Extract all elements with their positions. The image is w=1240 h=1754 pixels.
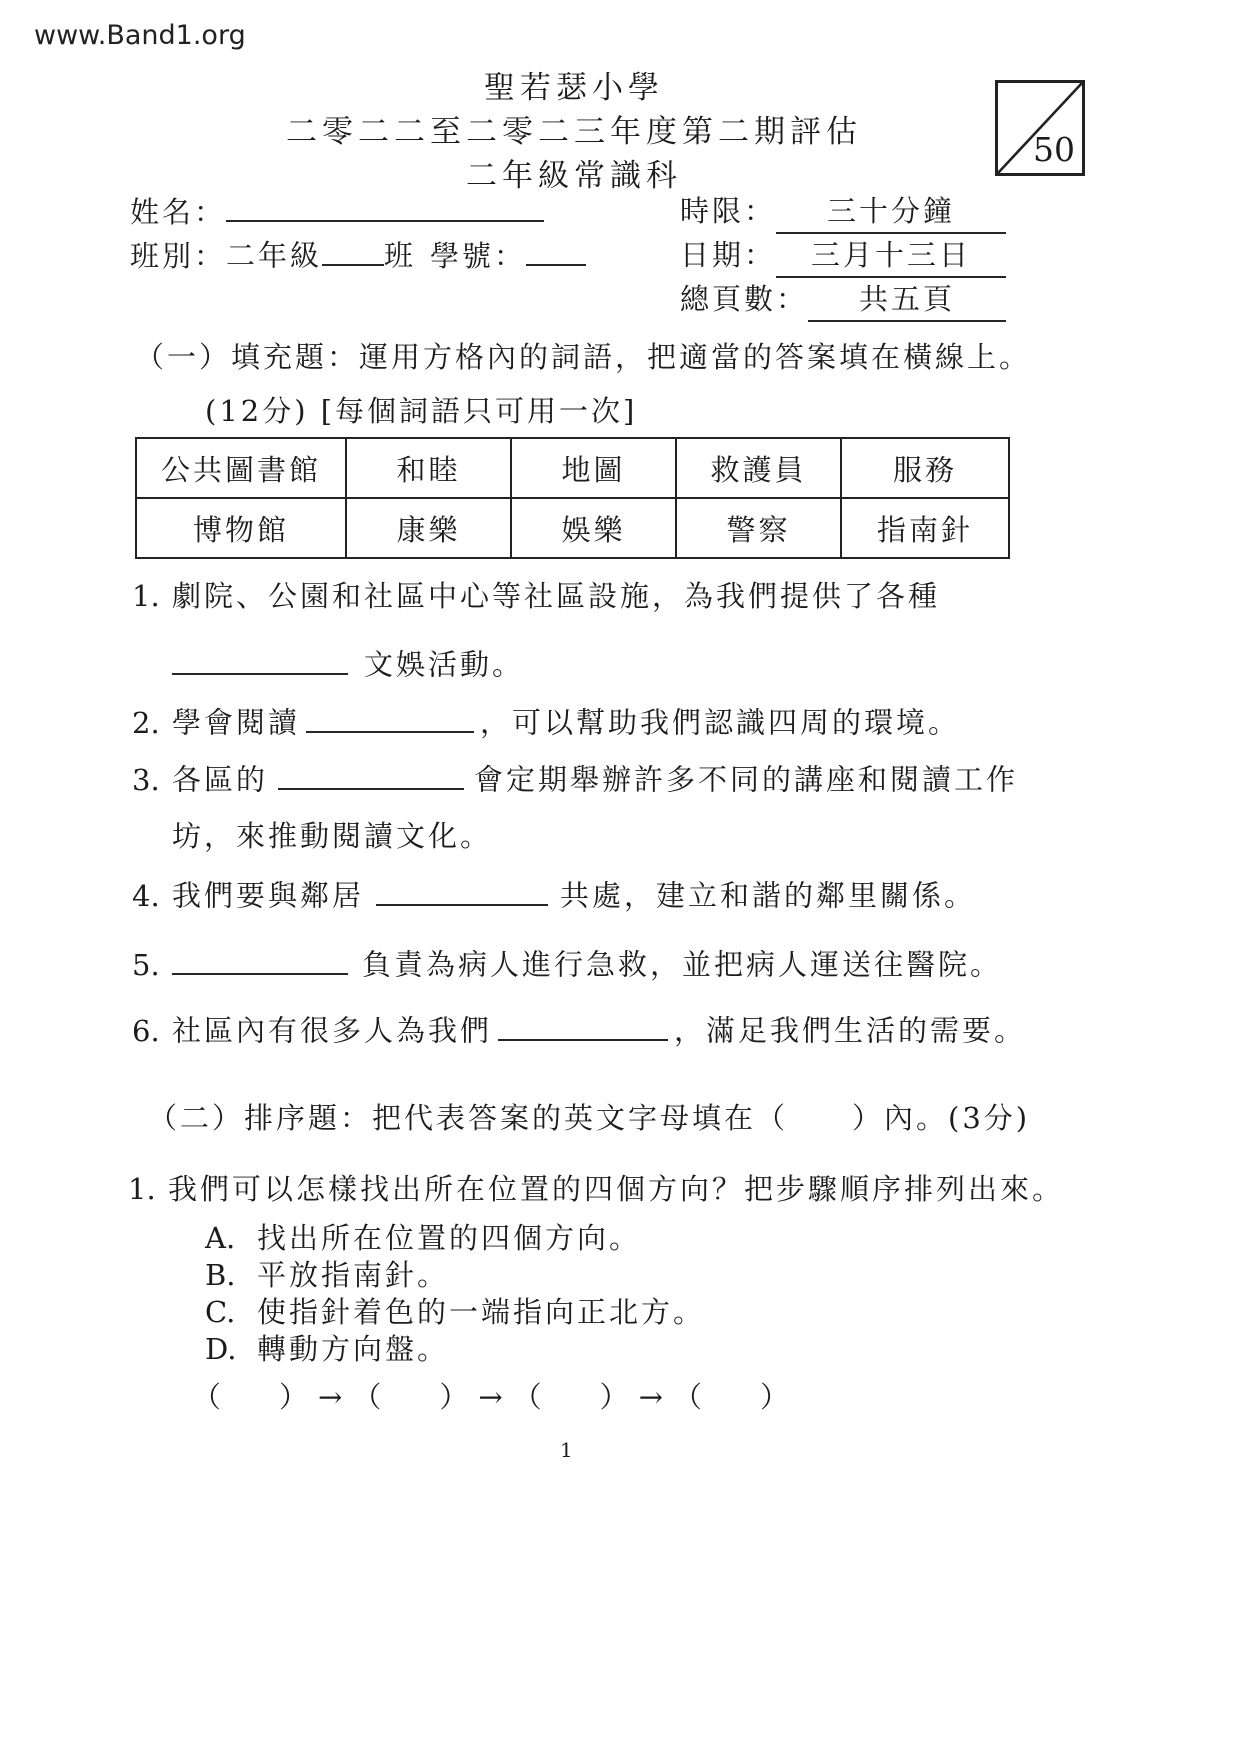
class-field: 班別：二年級班學號： [130, 236, 586, 276]
question-number: 1. [128, 1170, 168, 1209]
exam-page: www.Band1.org 50 聖若瑟小學 二零二二至二零二三年度第二期評估 … [0, 0, 1240, 1754]
name-blank [226, 192, 544, 222]
word-bank-cell: 娛樂 [511, 498, 676, 558]
question-1-line-1: 1.劇院、公園和社區中心等社區設施，為我們提供了各種 [132, 577, 940, 616]
section2-question-1: 1.我們可以怎樣找出所在位置的四個方向？把步驟順序排列出來。 [128, 1170, 1064, 1209]
question-3-line-2: 坊，來推動閱讀文化。 [172, 817, 492, 856]
option-text: 使指針着色的一端指向正北方。 [257, 1295, 705, 1329]
question-1-line-2: 文娛活動。 [172, 645, 524, 685]
student-no-label: 學號： [430, 239, 526, 273]
question-text: 文娛活動。 [364, 648, 524, 682]
question-number: 4. [132, 877, 172, 916]
question-number: 2. [132, 704, 172, 743]
word-bank-row: 公共圖書館 和睦 地圖 救護員 服務 [136, 438, 1009, 498]
section2-options: A.找出所在位置的四個方向。 B.平放指南針。 C.使指針着色的一端指向正北方。… [205, 1222, 705, 1370]
question-text: 共處，建立和諧的鄰里關係。 [560, 879, 976, 913]
class-blank [322, 236, 384, 266]
answer-slot: （ ） [352, 1378, 468, 1417]
word-bank-cell: 公共圖書館 [136, 438, 346, 498]
class-suffix: 班 [384, 239, 416, 273]
name-label: 姓名： [130, 193, 226, 232]
word-bank-cell: 和睦 [346, 438, 511, 498]
section1-heading: （一）填充題：運用方格內的詞語，把適當的答案填在橫線上。 [135, 338, 1031, 377]
option-letter: C. [205, 1296, 257, 1329]
word-bank-cell: 服務 [841, 438, 1009, 498]
answer-sequence: （ ）→（ ）→（ ）→（ ） [192, 1378, 789, 1417]
word-bank-cell: 指南針 [841, 498, 1009, 558]
word-bank-cell: 警察 [676, 498, 841, 558]
word-bank-table: 公共圖書館 和睦 地圖 救護員 服務 博物館 康樂 娛樂 警察 指南針 [135, 437, 1010, 559]
question-text: 劇院、公園和社區中心等社區設施，為我們提供了各種 [172, 579, 940, 613]
question-2: 2.學會閱讀，可以幫助我們認識四周的環境。 [132, 703, 960, 743]
question-number: 1. [132, 577, 172, 616]
title-block: 聖若瑟小學 二零二二至二零二三年度第二期評估 二年級常識科 [0, 66, 1240, 198]
answer-slot: （ ） [673, 1378, 789, 1417]
exam-title: 二零二二至二零二三年度第二期評估 [0, 110, 1148, 154]
option-c: C.使指針着色的一端指向正北方。 [205, 1296, 705, 1329]
arrow-icon: → [478, 1378, 502, 1417]
time-field: 時限：三十分鐘 [680, 192, 1006, 234]
question-4: 4.我們要與鄰居共處，建立和諧的鄰里關係。 [132, 876, 976, 916]
question-text: 會定期舉辦許多不同的講座和閱讀工作 [474, 763, 1018, 797]
word-bank-cell: 地圖 [511, 438, 676, 498]
word-bank-cell: 博物館 [136, 498, 346, 558]
question-text: 坊，來推動閱讀文化。 [172, 819, 492, 853]
question-text: 我們要與鄰居 [172, 879, 364, 913]
time-label: 時限： [680, 192, 776, 231]
grade-value: 二年級 [226, 239, 322, 273]
question-text: ，滿足我們生活的需要。 [674, 1014, 1026, 1048]
question-number: 5. [132, 946, 172, 985]
total-pages-value: 共五頁 [808, 280, 1006, 322]
answer-blank [172, 945, 348, 975]
question-text: 各區的 [172, 763, 268, 797]
option-text: 轉動方向盤。 [257, 1332, 449, 1366]
option-text: 找出所在位置的四個方向。 [257, 1221, 641, 1255]
option-b: B.平放指南針。 [205, 1259, 705, 1292]
word-bank-cell: 救護員 [676, 438, 841, 498]
option-a: A.找出所在位置的四個方向。 [205, 1222, 705, 1255]
arrow-icon: → [639, 1378, 663, 1417]
class-label: 班別： [130, 237, 226, 276]
section2-heading: （二）排序題：把代表答案的英文字母填在（ ）內。(3分) [148, 1099, 1030, 1138]
answer-blank [498, 1011, 668, 1041]
word-bank-cell: 康樂 [346, 498, 511, 558]
question-6: 6.社區內有很多人為我們，滿足我們生活的需要。 [132, 1011, 1026, 1051]
answer-blank [306, 703, 474, 733]
page-number: 1 [560, 1438, 573, 1462]
answer-blank [376, 876, 548, 906]
option-letter: D. [205, 1333, 257, 1366]
watermark-url: www.Band1.org [34, 20, 246, 51]
question-number: 3. [132, 761, 172, 800]
student-no-blank [526, 236, 586, 266]
question-number: 6. [132, 1012, 172, 1051]
question-text: 社區內有很多人為我們 [172, 1014, 492, 1048]
answer-slot: （ ） [192, 1378, 308, 1417]
option-d: D.轉動方向盤。 [205, 1333, 705, 1366]
answer-blank [278, 760, 464, 790]
total-pages-field: 總頁數：共五頁 [680, 280, 1006, 322]
question-text: 學會閱讀 [172, 706, 300, 740]
name-field: 姓名： [130, 192, 544, 232]
option-letter: A. [205, 1222, 257, 1255]
arrow-icon: → [318, 1378, 342, 1417]
option-letter: B. [205, 1259, 257, 1292]
question-text: ，可以幫助我們認識四周的環境。 [480, 706, 960, 740]
question-text: 負責為病人進行急救，並把病人運送往醫院。 [362, 948, 1002, 982]
school-name: 聖若瑟小學 [0, 66, 1148, 110]
option-text: 平放指南針。 [257, 1258, 449, 1292]
date-value: 三月十三日 [776, 236, 1006, 278]
word-bank-row: 博物館 康樂 娛樂 警察 指南針 [136, 498, 1009, 558]
section1-marks-note: (12分) [每個詞語只可用一次] [205, 392, 637, 431]
question-3-line-1: 3.各區的會定期舉辦許多不同的講座和閱讀工作 [132, 760, 1018, 800]
answer-blank [172, 645, 348, 675]
question-5: 5.負責為病人進行急救，並把病人運送往醫院。 [132, 945, 1002, 985]
total-pages-label: 總頁數： [680, 280, 808, 319]
date-field: 日期：三月十三日 [680, 236, 1006, 278]
time-value: 三十分鐘 [776, 192, 1006, 234]
date-label: 日期： [680, 236, 776, 275]
question-text: 我們可以怎樣找出所在位置的四個方向？把步驟順序排列出來。 [168, 1172, 1064, 1206]
answer-slot: （ ） [513, 1378, 629, 1417]
